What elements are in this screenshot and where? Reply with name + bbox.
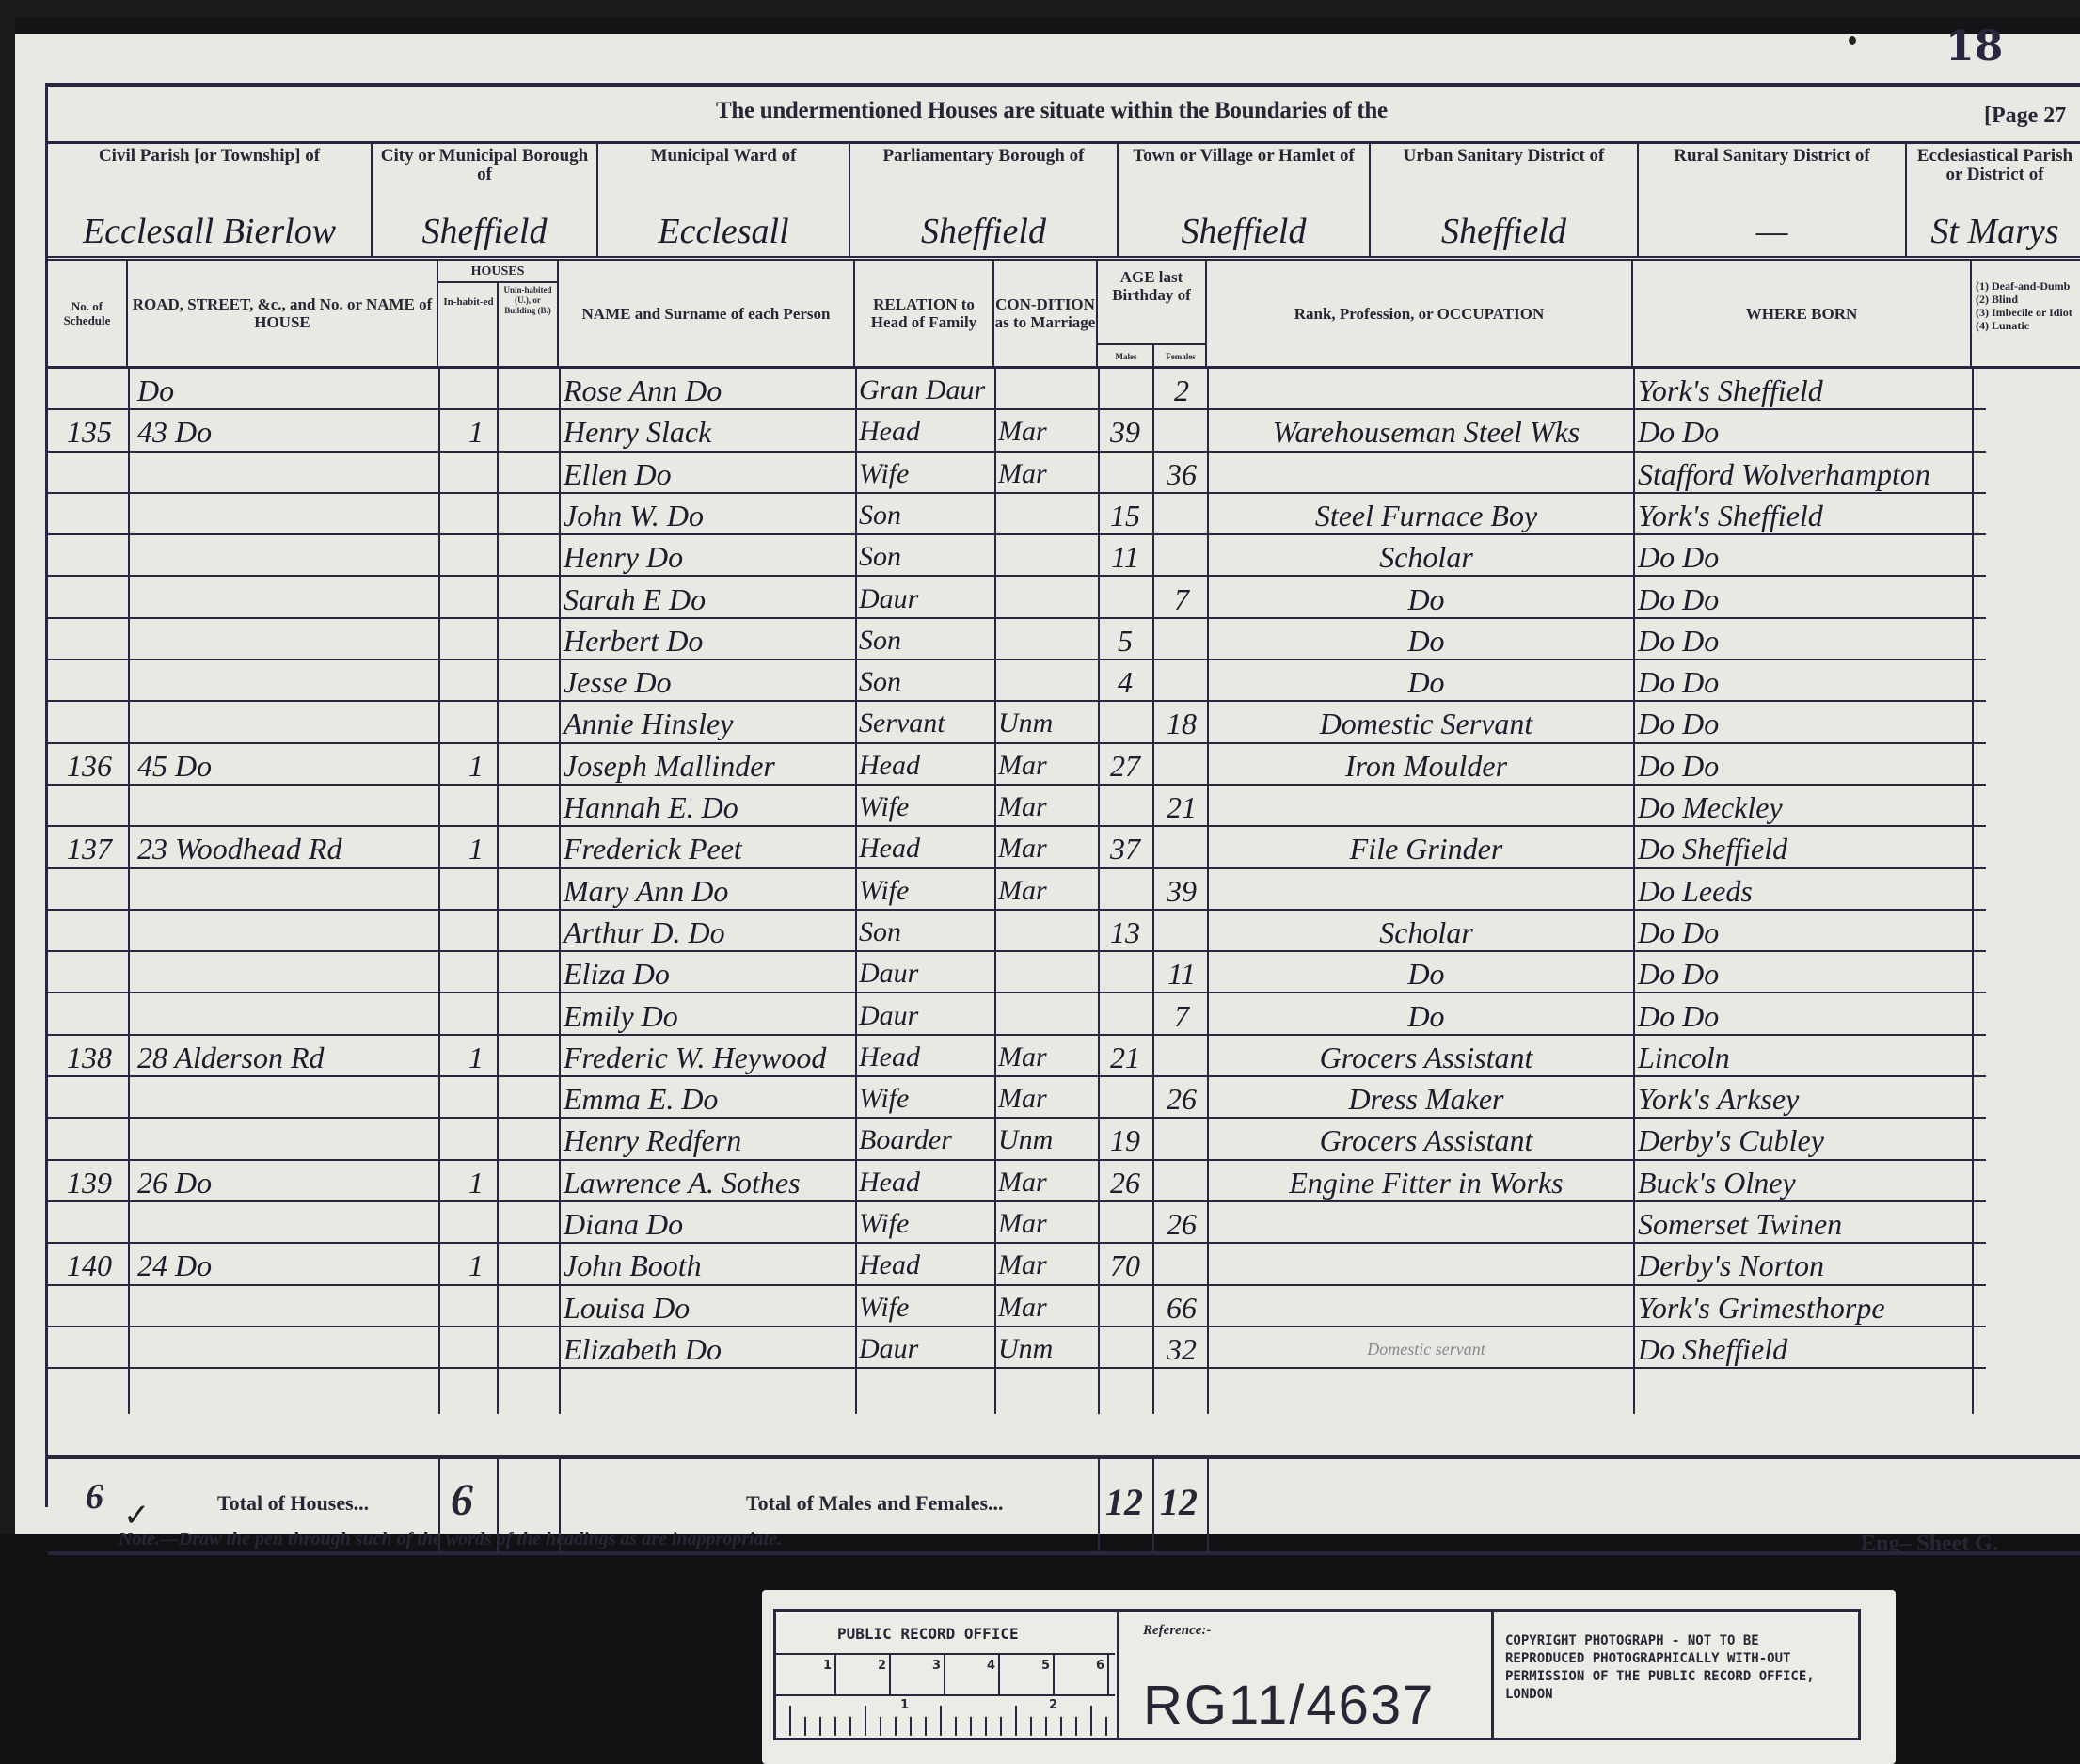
cell-female-age: 7	[1158, 581, 1205, 617]
cell-male-age: 19	[1102, 1122, 1149, 1158]
table-row: Louisa DoWifeMar66York's Grimesthorpe	[48, 1286, 2080, 1327]
cell-road	[137, 1290, 429, 1326]
cell-female-age	[1158, 539, 1205, 575]
cell-name: Louisa Do	[564, 1290, 850, 1326]
boundary-label: Municipal Ward of	[598, 147, 849, 166]
stamp-frame: PUBLIC RECORD OFFICE 12345612 Reference:…	[773, 1609, 1861, 1740]
cell-inhabited: 1	[462, 1248, 490, 1283]
cell-condition	[998, 914, 1092, 950]
boundary-cell: Urban Sanitary District ofSheffield	[1371, 141, 1639, 256]
ink-dot	[1849, 36, 1856, 45]
header-females: Females	[1154, 351, 1207, 362]
cell-condition	[998, 956, 1092, 992]
cell-schedule	[52, 373, 127, 408]
boundary-value: Sheffield	[1376, 211, 1631, 252]
cell-name: Diana Do	[564, 1206, 850, 1242]
boundary-label: City or Municipal Borough of	[373, 147, 596, 184]
header-schedule: No. of Schedule	[48, 261, 128, 366]
cell-name: Hannah E. Do	[564, 789, 850, 825]
cell-born: Do Do	[1638, 414, 1977, 450]
cell-born: Do Do	[1638, 623, 1977, 659]
cell-relation: Head	[859, 1165, 991, 1200]
cell-occupation	[1224, 373, 1628, 408]
cell-relation: Wife	[859, 456, 991, 492]
totals-divider	[1207, 1459, 1209, 1551]
cell-road	[137, 498, 429, 533]
cell-born: Do Do	[1638, 914, 1977, 950]
table-row: Diana DoWifeMar26Somerset Twinen	[48, 1202, 2080, 1244]
cell-schedule: 135	[52, 414, 127, 450]
table-row: Henry DoSon11ScholarDo Do	[48, 535, 2080, 577]
cell-road	[137, 623, 429, 659]
cell-female-age: 2	[1158, 373, 1205, 408]
boundary-label: Rural Sanitary District of	[1639, 147, 1905, 166]
cell-condition	[998, 581, 1092, 617]
cell-road: 24 Do	[137, 1248, 429, 1283]
cell-occupation	[1224, 873, 1628, 909]
cell-relation: Daur	[859, 1331, 991, 1367]
ruler-mid-line	[776, 1694, 1115, 1696]
cell-relation: Son	[859, 539, 991, 575]
ruler-number: 6	[1096, 1659, 1104, 1673]
boundary-label: Parliamentary Borough of	[850, 147, 1117, 166]
cell-condition: Mar	[998, 1040, 1092, 1075]
cell-female-age: 21	[1158, 789, 1205, 825]
cell-name: Herbert Do	[564, 623, 850, 659]
cell-schedule	[52, 539, 127, 575]
cell-schedule	[52, 623, 127, 659]
cell-condition	[998, 498, 1092, 533]
ruler-tick	[789, 1706, 791, 1736]
cell-female-age	[1158, 831, 1205, 866]
cell-name: Frederick Peet	[564, 831, 850, 866]
cell-male-age: 21	[1102, 1040, 1149, 1075]
reference-value: RG11/4637	[1143, 1674, 1435, 1737]
cell-road	[137, 1122, 429, 1158]
cell-name: Eliza Do	[564, 956, 850, 992]
ruler-tick	[1105, 1717, 1107, 1736]
infirmity-option: (3) Imbecile or Idiot	[1976, 306, 2072, 319]
cell-male-age	[1102, 1290, 1149, 1326]
cell-schedule	[52, 456, 127, 492]
cell-schedule: 137	[52, 831, 127, 866]
cell-road	[137, 581, 429, 617]
cell-name: Ellen Do	[564, 456, 850, 492]
table-row: 13926 Do1Lawrence A. SothesHeadMar26Engi…	[48, 1161, 2080, 1202]
ruler-number: 2	[1049, 1698, 1057, 1712]
cell-female-age: 18	[1158, 706, 1205, 741]
ruler-mark	[889, 1653, 891, 1694]
boundaries-row: Civil Parish [or Township] ofEcclesall B…	[48, 141, 2080, 261]
cell-schedule: 138	[52, 1040, 127, 1075]
cell-name: Emily Do	[564, 998, 850, 1034]
table-row: Emily DoDaur7DoDo Do	[48, 994, 2080, 1036]
cell-occupation: Do	[1224, 664, 1628, 700]
cell-name: Henry Redfern	[564, 1122, 850, 1158]
cell-male-age: 4	[1102, 664, 1149, 700]
cell-inhabited	[462, 498, 490, 533]
females-total: 12	[1160, 1480, 1198, 1524]
cell-occupation: Do	[1224, 623, 1628, 659]
footnote: Note.—Draw the pen through such of the w…	[119, 1529, 782, 1550]
cell-relation: Daur	[859, 956, 991, 992]
cell-occupation: Grocers Assistant	[1224, 1122, 1628, 1158]
cell-name: Mary Ann Do	[564, 873, 850, 909]
header-name: NAME and Surname of each Person	[559, 261, 855, 366]
cell-schedule	[52, 664, 127, 700]
cell-inhabited	[462, 373, 490, 408]
cell-road	[137, 956, 429, 992]
cell-condition: Mar	[998, 1165, 1092, 1200]
cell-occupation	[1224, 456, 1628, 492]
cell-male-age: 11	[1102, 539, 1149, 575]
column-headers: No. of Schedule ROAD, STREET, &c., and N…	[48, 261, 2080, 369]
ruler-tick	[849, 1717, 851, 1736]
cell-condition: Mar	[998, 1206, 1092, 1242]
cell-born: Buck's Olney	[1638, 1165, 1977, 1200]
table-row: 14024 Do1John BoothHeadMar70Derby's Nort…	[48, 1244, 2080, 1285]
cell-relation: Son	[859, 623, 991, 659]
cell-born: Do Do	[1638, 539, 1977, 575]
cell-male-age	[1102, 1081, 1149, 1117]
table-row: 13723 Woodhead Rd1Frederick PeetHeadMar3…	[48, 827, 2080, 868]
ruler-tick	[1030, 1717, 1032, 1736]
header-uninhabited: Unin-habited (U.), or Building (B.)	[500, 285, 556, 316]
ruler-tick	[804, 1717, 806, 1736]
cell-name: Frederic W. Heywood	[564, 1040, 850, 1075]
cell-schedule	[52, 1331, 127, 1367]
cell-male-age: 13	[1102, 914, 1149, 950]
cell-condition: Mar	[998, 789, 1092, 825]
header-males: Males	[1100, 351, 1152, 362]
header-occupation: Rank, Profession, or OCCUPATION	[1207, 261, 1633, 366]
cell-relation: Head	[859, 1040, 991, 1075]
table-row: Sarah E DoDaur7DoDo Do	[48, 578, 2080, 619]
ruler-tick	[895, 1717, 897, 1736]
cell-inhabited	[462, 1081, 490, 1117]
header-infirmity: (1) Deaf-and-Dumb(2) Blind(3) Imbecile o…	[1972, 261, 2080, 366]
cell-born: Do Do	[1638, 664, 1977, 700]
cell-female-age	[1158, 914, 1205, 950]
cell-condition: Unm	[998, 1331, 1092, 1367]
cell-road	[137, 706, 429, 741]
cell-female-age	[1158, 414, 1205, 450]
ruler-mark	[1053, 1653, 1055, 1694]
cell-relation: Daur	[859, 998, 991, 1034]
cell-road: 23 Woodhead Rd	[137, 831, 429, 866]
infirmity-option: (4) Lunatic	[1976, 319, 2029, 332]
cell-male-age: 70	[1102, 1248, 1149, 1283]
cell-female-age	[1158, 748, 1205, 784]
cell-occupation: Dress Maker	[1224, 1081, 1628, 1117]
cell-relation: Wife	[859, 1206, 991, 1242]
cell-inhabited: 1	[462, 831, 490, 866]
cell-female-age: 26	[1158, 1081, 1205, 1117]
cell-born: Somerset Twinen	[1638, 1206, 1977, 1242]
ruler-tick	[865, 1706, 866, 1736]
cell-born: York's Sheffield	[1638, 373, 1977, 408]
boundary-label: Urban Sanitary District of	[1371, 147, 1637, 166]
cell-inhabited	[462, 623, 490, 659]
boundary-value: Ecclesall Bierlow	[54, 211, 365, 252]
table-row: Arthur D. DoSon13ScholarDo Do	[48, 911, 2080, 952]
cell-condition	[998, 623, 1092, 659]
cell-occupation: Scholar	[1224, 539, 1628, 575]
cell-relation: Son	[859, 664, 991, 700]
cell-condition: Unm	[998, 1122, 1092, 1158]
table-row: Elizabeth DoDaurUnm32Domestic servantDo …	[48, 1327, 2080, 1369]
cell-name: Henry Do	[564, 539, 850, 575]
boundary-cell: Municipal Ward ofEcclesall	[598, 141, 850, 256]
cell-relation: Head	[859, 1248, 991, 1283]
census-form: The undermentioned Houses are situate wi…	[45, 83, 2080, 1507]
cell-born: York's Arksey	[1638, 1081, 1977, 1117]
boundary-cell: Ecclesiastical Parish or District ofSt M…	[1907, 141, 2080, 256]
cell-born: Lincoln	[1638, 1040, 1977, 1075]
cell-condition: Mar	[998, 748, 1092, 784]
boundary-label: Civil Parish [or Township] of	[48, 147, 371, 166]
totals-divider	[1152, 1459, 1154, 1551]
cell-occupation: Scholar	[1224, 914, 1628, 950]
boundary-cell: Town or Village or Hamlet ofSheffield	[1119, 141, 1371, 256]
stamp-divider	[1491, 1612, 1494, 1738]
cell-relation: Servant	[859, 706, 991, 741]
ruler-tick	[1045, 1717, 1047, 1736]
cell-occupation	[1224, 1248, 1628, 1283]
cell-relation: Wife	[859, 1081, 991, 1117]
cell-female-age	[1158, 1165, 1205, 1200]
table-row: Hannah E. DoWifeMar21Do Meckley	[48, 786, 2080, 827]
cell-name: Lawrence A. Sothes	[564, 1165, 850, 1200]
cell-female-age: 11	[1158, 956, 1205, 992]
cell-male-age	[1102, 456, 1149, 492]
ruler-tick	[1060, 1717, 1062, 1736]
cell-inhabited	[462, 1331, 490, 1367]
cell-condition	[998, 373, 1092, 408]
cell-schedule	[52, 498, 127, 533]
cell-occupation: Do	[1224, 998, 1628, 1034]
ruler-tick	[1075, 1717, 1077, 1736]
cell-road: 43 Do	[137, 414, 429, 450]
ruler-top-line	[776, 1653, 1115, 1655]
cell-inhabited	[462, 456, 490, 492]
cell-relation: Wife	[859, 1290, 991, 1326]
cell-condition: Mar	[998, 1248, 1092, 1283]
cell-born: Do Sheffield	[1638, 831, 1977, 866]
houses-divider	[438, 281, 559, 283]
cell-name: Henry Slack	[564, 414, 850, 450]
cell-occupation: Steel Furnace Boy	[1224, 498, 1628, 533]
reference-label: Reference:-	[1143, 1623, 1211, 1639]
cell-occupation: Iron Moulder	[1224, 748, 1628, 784]
cell-relation: Son	[859, 914, 991, 950]
cell-occupation: Engine Fitter in Works	[1224, 1165, 1628, 1200]
cell-name: Emma E. Do	[564, 1081, 850, 1117]
cell-occupation	[1224, 789, 1628, 825]
cell-inhabited	[462, 1206, 490, 1242]
cell-male-age	[1102, 373, 1149, 408]
boundary-cell: Civil Parish [or Township] ofEcclesall B…	[48, 141, 373, 256]
ruler-mark	[944, 1653, 945, 1694]
cell-inhabited	[462, 664, 490, 700]
cell-born: Do Do	[1638, 998, 1977, 1034]
cell-name: Jesse Do	[564, 664, 850, 700]
ruler-number: 1	[823, 1659, 832, 1673]
cell-born: Derby's Norton	[1638, 1248, 1977, 1283]
form-title: The undermentioned Houses are situate wi…	[716, 98, 1388, 124]
cell-born: Do Do	[1638, 748, 1977, 784]
houses-split	[497, 281, 499, 366]
ruler-tick	[955, 1717, 957, 1736]
ruler-tick	[834, 1717, 836, 1736]
infirmity-option: (1) Deaf-and-Dumb	[1976, 279, 2070, 293]
boundary-value: Sheffield	[378, 211, 591, 252]
cell-condition: Mar	[998, 456, 1092, 492]
cell-schedule	[52, 914, 127, 950]
cell-name: Arthur D. Do	[564, 914, 850, 950]
totals-divider	[1098, 1459, 1100, 1551]
houses-total-label: Total of Houses...	[217, 1491, 369, 1516]
cell-road	[137, 1331, 429, 1367]
cell-born: Do Do	[1638, 706, 1977, 741]
cell-inhabited	[462, 998, 490, 1034]
cell-female-age: 39	[1158, 873, 1205, 909]
males-total: 12	[1105, 1480, 1143, 1524]
cell-male-age	[1102, 581, 1149, 617]
header-where-born: WHERE BORN	[1633, 261, 1972, 366]
table-row: Herbert DoSon5DoDo Do	[48, 619, 2080, 660]
cell-road	[137, 914, 429, 950]
header-condition: CON-DITION as to Marriage	[994, 261, 1098, 366]
cell-condition: Mar	[998, 414, 1092, 450]
header-inhabited: In-habit-ed	[441, 296, 496, 308]
cell-relation: Boarder	[859, 1122, 991, 1158]
cell-road: 45 Do	[137, 748, 429, 784]
ruler-tick	[925, 1717, 927, 1736]
cell-female-age	[1158, 1122, 1205, 1158]
schedule-total: 6	[86, 1476, 103, 1518]
cell-condition: Mar	[998, 1290, 1092, 1326]
page-reference: [Page 27	[1984, 103, 2066, 129]
cell-road	[137, 873, 429, 909]
cell-schedule	[52, 1206, 127, 1242]
ruler-tick	[1000, 1717, 1002, 1736]
cell-occupation: Domestic Servant	[1224, 706, 1628, 741]
persons-total-label: Total of Males and Females...	[746, 1491, 1004, 1516]
cell-occupation: Do	[1224, 581, 1628, 617]
stamp-divider	[1117, 1612, 1119, 1738]
cell-occupation: Warehouseman Steel Wks	[1224, 414, 1628, 450]
ruler-mark	[834, 1653, 836, 1694]
copyright-notice: COPYRIGHT PHOTOGRAPH - NOT TO BE REPRODU…	[1505, 1632, 1844, 1704]
cell-road: 28 Alderson Rd	[137, 1040, 429, 1075]
cell-inhabited: 1	[462, 1040, 490, 1075]
cell-schedule	[52, 1122, 127, 1158]
cell-road	[137, 1206, 429, 1242]
ruler-number: 3	[932, 1659, 941, 1673]
ruler-tick	[910, 1717, 912, 1736]
cell-female-age: 26	[1158, 1206, 1205, 1242]
cell-schedule: 140	[52, 1248, 127, 1283]
table-row: John W. DoSon15Steel Furnace BoyYork's S…	[48, 494, 2080, 535]
ruler-number: 4	[987, 1659, 995, 1673]
cell-relation: Head	[859, 748, 991, 784]
cell-schedule	[52, 1081, 127, 1117]
cell-male-age	[1102, 998, 1149, 1034]
cell-male-age: 39	[1102, 414, 1149, 450]
cell-male-age: 15	[1102, 498, 1149, 533]
cell-male-age: 26	[1102, 1165, 1149, 1200]
cell-male-age	[1102, 1331, 1149, 1367]
table-row: Eliza DoDaur11DoDo Do	[48, 952, 2080, 993]
cell-schedule	[52, 998, 127, 1034]
cell-born: York's Sheffield	[1638, 498, 1977, 533]
table-row: 13828 Alderson Rd1Frederic W. HeywoodHea…	[48, 1036, 2080, 1077]
boundary-label: Town or Village or Hamlet of	[1119, 147, 1369, 166]
cell-name: John W. Do	[564, 498, 850, 533]
cell-female-age: 32	[1158, 1331, 1205, 1367]
cell-male-age	[1102, 956, 1149, 992]
cell-name: John Booth	[564, 1248, 850, 1283]
cell-schedule	[52, 956, 127, 992]
boundary-value: St Marys	[1913, 211, 2077, 252]
table-row: Ellen DoWifeMar36Stafford Wolverhampton	[48, 453, 2080, 494]
cell-male-age	[1102, 706, 1149, 741]
cell-inhabited	[462, 539, 490, 575]
houses-total-value: 6	[451, 1474, 473, 1526]
cell-male-age	[1102, 873, 1149, 909]
cell-road	[137, 664, 429, 700]
cell-occupation: File Grinder	[1224, 831, 1628, 866]
cell-schedule: 136	[52, 748, 127, 784]
cell-male-age: 37	[1102, 831, 1149, 866]
cell-relation: Head	[859, 414, 991, 450]
cell-schedule	[52, 706, 127, 741]
cell-occupation: Do	[1224, 956, 1628, 992]
cell-road	[137, 1081, 429, 1117]
ruler-tick	[985, 1717, 987, 1736]
ruler-number: 5	[1041, 1659, 1050, 1673]
ruler-tick	[940, 1706, 942, 1736]
cell-schedule	[52, 873, 127, 909]
cell-inhabited	[462, 581, 490, 617]
cell-born: Do Do	[1638, 956, 1977, 992]
cell-relation: Head	[859, 831, 991, 866]
ruler-tick	[970, 1717, 972, 1736]
cell-female-age: 66	[1158, 1290, 1205, 1326]
cell-condition: Mar	[998, 831, 1092, 866]
table-row: Mary Ann DoWifeMar39Do Leeds	[48, 869, 2080, 911]
ruler-number: 2	[878, 1659, 886, 1673]
cell-inhabited	[462, 789, 490, 825]
cell-born: Do Do	[1638, 581, 1977, 617]
boundary-cell: Rural Sanitary District of—	[1639, 141, 1907, 256]
cell-road	[137, 998, 429, 1034]
cell-male-age: 27	[1102, 748, 1149, 784]
cell-condition: Unm	[998, 706, 1092, 741]
cell-name: Sarah E Do	[564, 581, 850, 617]
cell-inhabited	[462, 1290, 490, 1326]
cell-schedule	[52, 581, 127, 617]
office-name: PUBLIC RECORD OFFICE	[837, 1625, 1019, 1643]
cell-name: Rose Ann Do	[564, 373, 850, 408]
boundary-value: Ecclesall	[604, 211, 843, 252]
table-row: 13645 Do1Joseph MallinderHeadMar27Iron M…	[48, 744, 2080, 786]
header-relation: RELATION to Head of Family	[855, 261, 994, 366]
cell-born: Stafford Wolverhampton	[1638, 456, 1977, 492]
cell-condition: Mar	[998, 1081, 1092, 1117]
cell-relation: Daur	[859, 581, 991, 617]
